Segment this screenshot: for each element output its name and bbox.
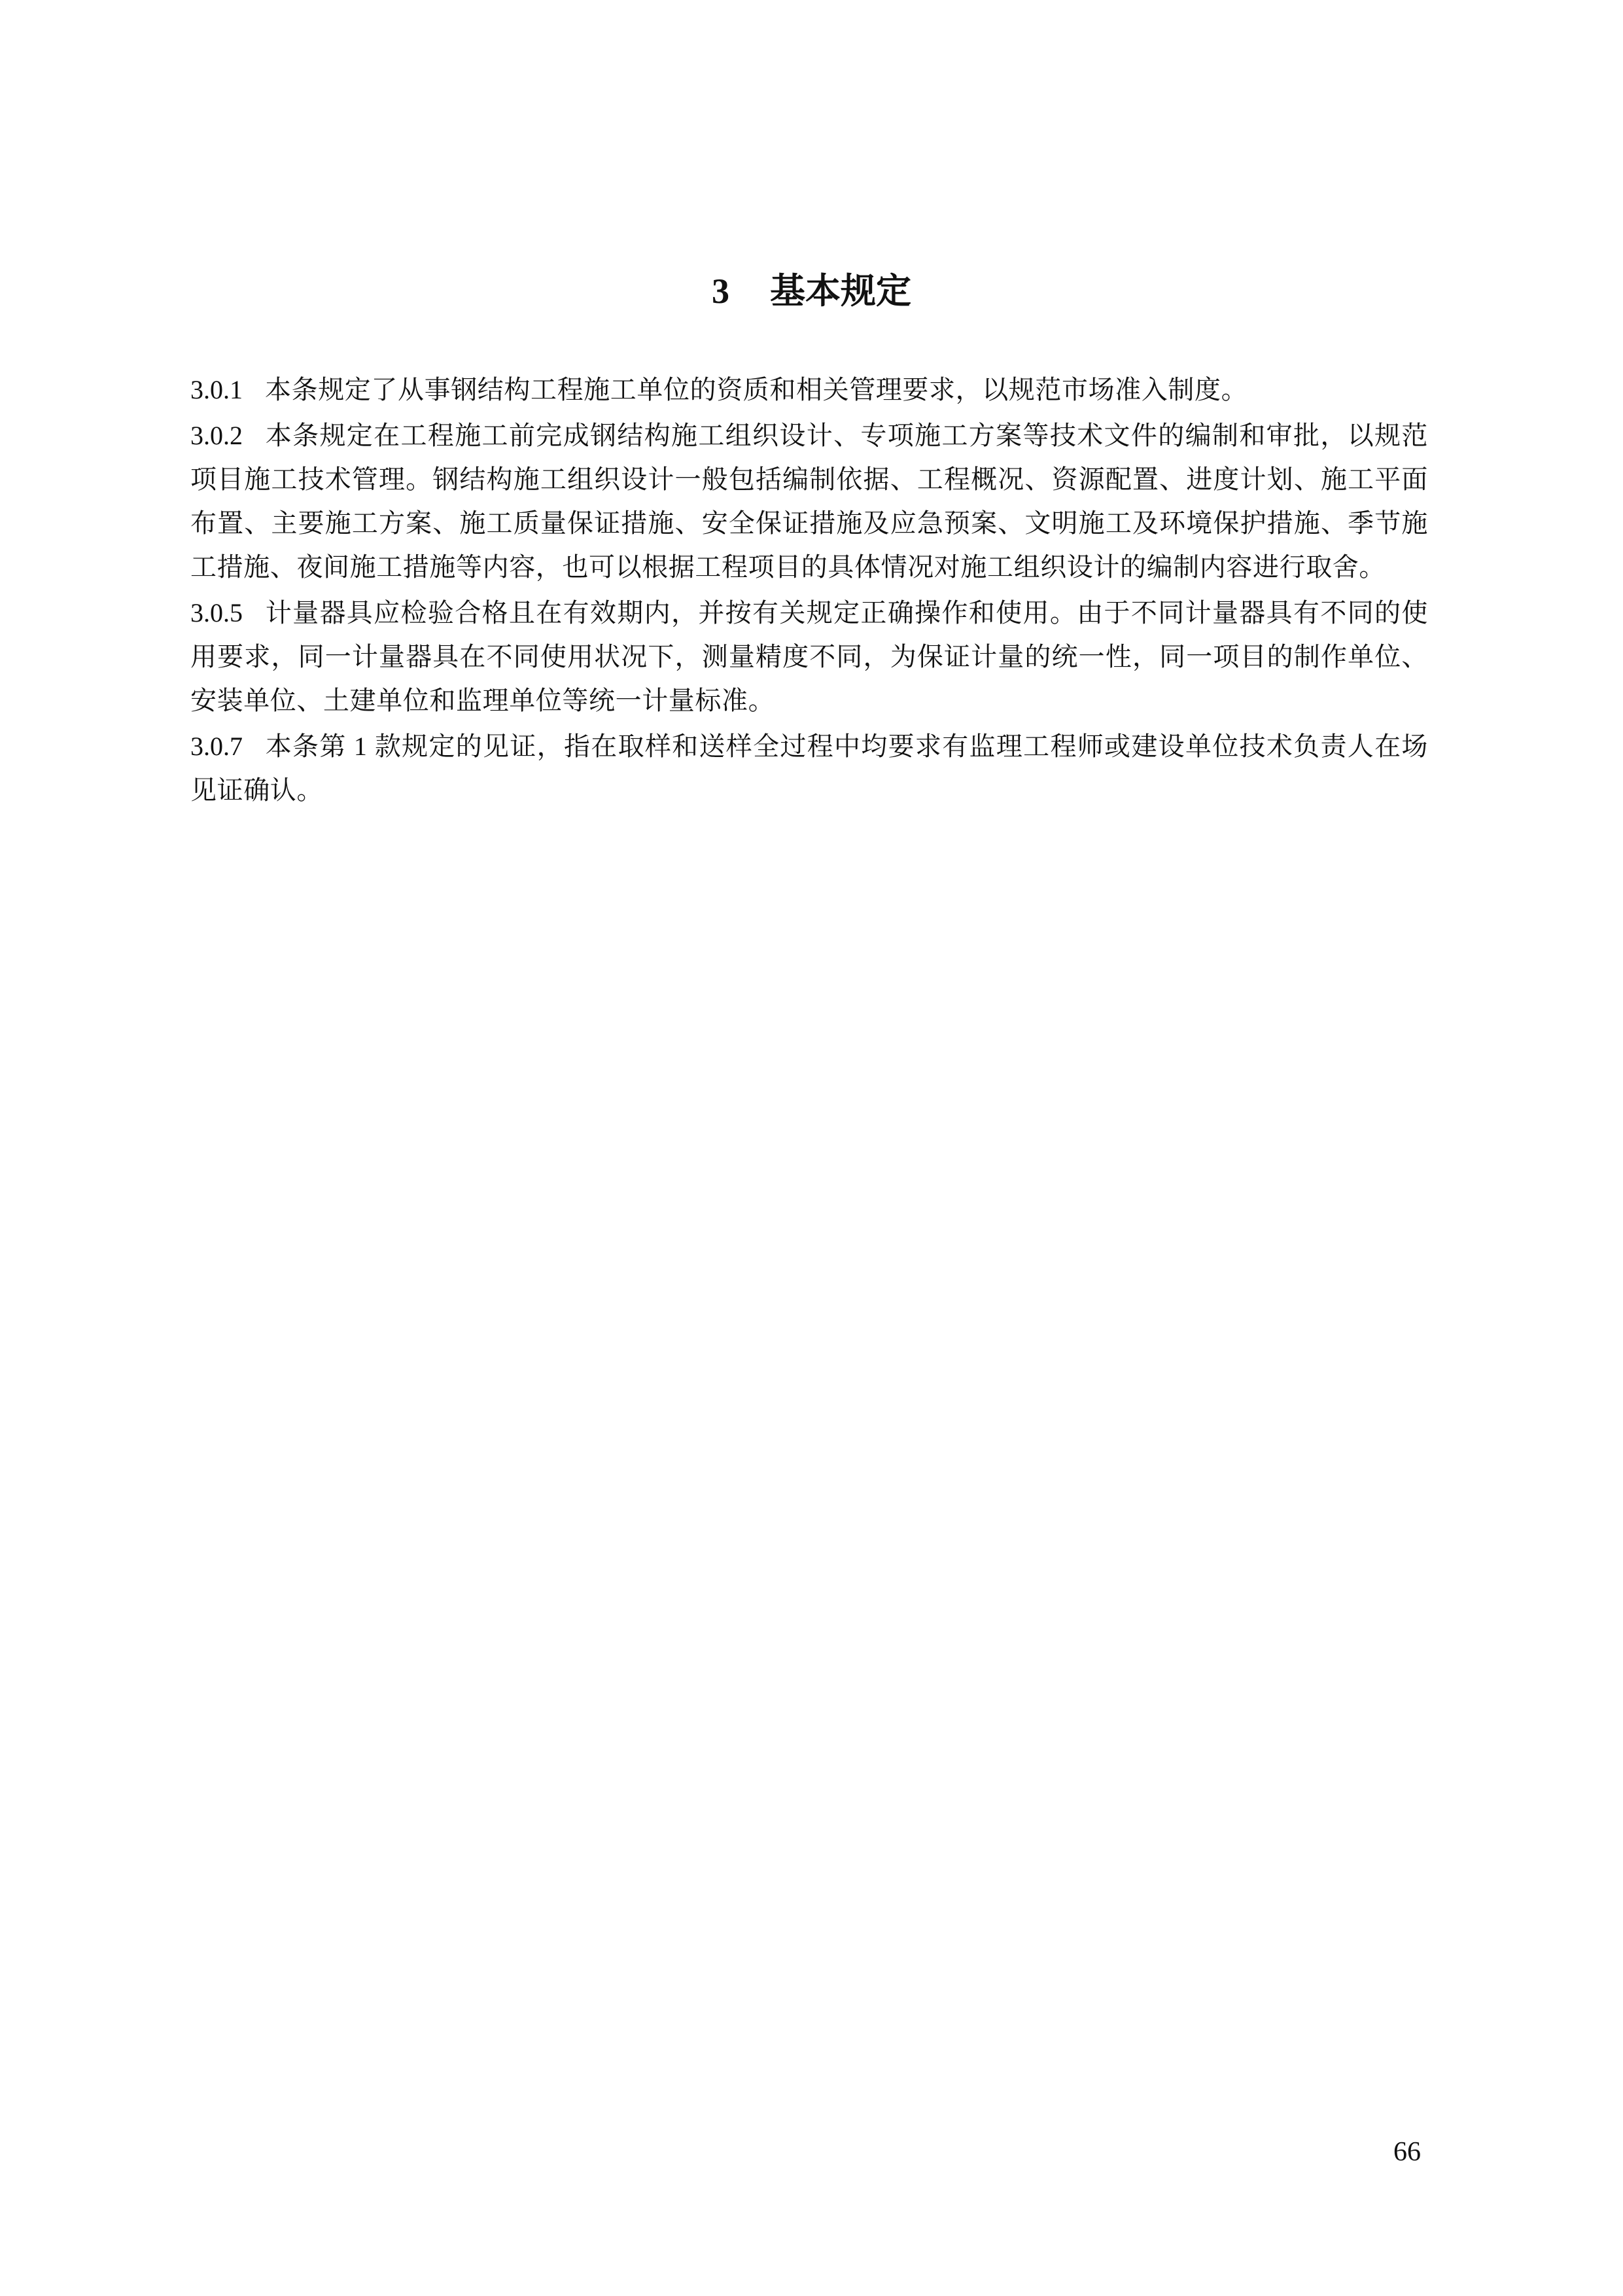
clause-number: 3.0.1 xyxy=(190,368,243,412)
clause-number: 3.0.2 xyxy=(190,414,243,457)
page-number: 66 xyxy=(1393,2136,1421,2168)
clause-3-0-2: 3.0.2本条规定在工程施工前完成钢结构施工组织设计、专项施工方案等技术文件的编… xyxy=(190,414,1428,589)
clause-text: 本条规定了从事钢结构工程施工单位的资质和相关管理要求，以规范市场准入制度。 xyxy=(265,375,1248,404)
clause-3-0-5: 3.0.5计量器具应检验合格且在有效期内，并按有关规定正确操作和使用。由于不同计… xyxy=(190,591,1428,722)
document-page: 3基本规定 3.0.1本条规定了从事钢结构工程施工单位的资质和相关管理要求，以规… xyxy=(0,0,1623,2296)
clause-3-0-7: 3.0.7本条第 1 款规定的见证，指在取样和送样全过程中均要求有监理工程师或建… xyxy=(190,724,1428,812)
chapter-title: 基本规定 xyxy=(770,272,911,311)
chapter-heading: 3基本规定 xyxy=(0,262,1623,321)
clause-text: 计量器具应检验合格且在有效期内，并按有关规定正确操作和使用。由于不同计量器具有不… xyxy=(190,598,1428,715)
clause-text: 本条第 1 款规定的见证，指在取样和送样全过程中均要求有监理工程师或建设单位技术… xyxy=(190,732,1428,805)
clause-number: 3.0.5 xyxy=(190,591,243,635)
clause-number: 3.0.7 xyxy=(190,724,243,768)
clause-text: 本条规定在工程施工前完成钢结构施工组织设计、专项施工方案等技术文件的编制和审批，… xyxy=(190,421,1428,582)
clause-3-0-1: 3.0.1本条规定了从事钢结构工程施工单位的资质和相关管理要求，以规范市场准入制… xyxy=(190,368,1428,412)
chapter-number: 3 xyxy=(712,262,729,321)
clause-list: 3.0.1本条规定了从事钢结构工程施工单位的资质和相关管理要求，以规范市场准入制… xyxy=(190,368,1428,814)
